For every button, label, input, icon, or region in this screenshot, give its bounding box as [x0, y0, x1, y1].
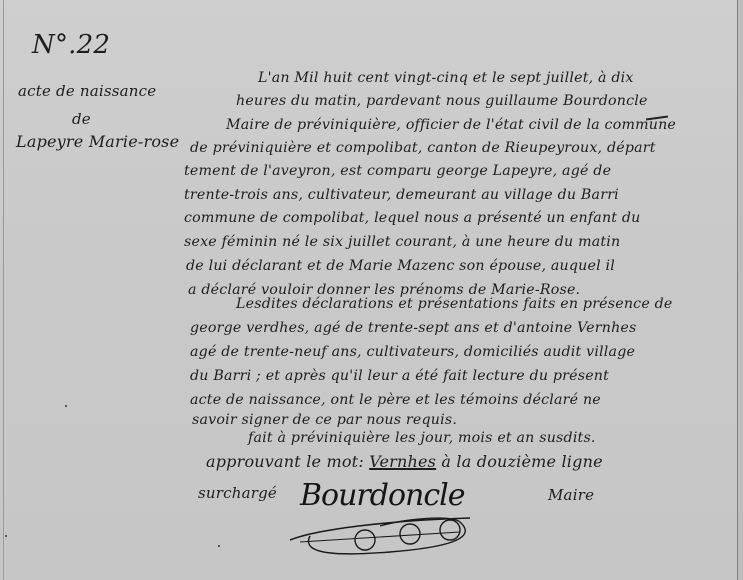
- approval-prefix: approuvant le mot:: [206, 452, 364, 471]
- ink-spot: [65, 405, 67, 407]
- body-line-17: fait à préviniquière les jour, mois et a…: [248, 430, 596, 446]
- body-line-11: Lesdites déclarations et présentations f…: [236, 296, 673, 312]
- body-line-7: commune de compolibat, lequel nous a pré…: [184, 210, 641, 226]
- body-line-1: L'an Mil huit cent vingt-cinq et le sept…: [258, 70, 634, 86]
- approval-suffix: à la douzième ligne: [441, 452, 602, 471]
- body-line-13: agé de trente-neuf ans, cultivateurs, do…: [190, 344, 635, 360]
- entry-number: N°.22: [32, 30, 110, 60]
- body-line-5: tement de l'aveyron, est comparu george …: [184, 163, 611, 179]
- page-edge-left: [3, 0, 4, 580]
- body-line-8: sexe féminin né le six juillet courant, …: [184, 234, 620, 250]
- page-margin-right: [738, 0, 743, 580]
- body-line-3: Maire de préviniquière, officier de l'ét…: [226, 117, 676, 133]
- signature-flourish-icon: [280, 500, 480, 560]
- body-line-9: de lui déclarant et de Marie Mazenc son …: [186, 258, 615, 274]
- approval-surcharge: surchargé: [198, 484, 277, 502]
- margin-note-child-name: Lapeyre Marie-rose: [16, 132, 179, 151]
- body-line-12: george verdhes, agé de trente-sept ans e…: [190, 320, 636, 336]
- scanned-register-page: N°.22 acte de naissance de Lapeyre Marie…: [0, 0, 743, 580]
- body-line-16: savoir signer de ce par nous requis.: [192, 412, 457, 428]
- approval-note: approuvant le mot: Vernhes à la douzième…: [206, 452, 603, 471]
- body-line-15: acte de naissance, ont le père et les té…: [190, 392, 601, 408]
- body-line-14: du Barri ; et après qu'il leur a été fai…: [190, 368, 609, 384]
- mayor-title: Maire: [548, 486, 594, 504]
- margin-note-de: de: [72, 110, 91, 128]
- margin-note-title: acte de naissance: [18, 82, 156, 100]
- body-line-2: heures du matin, pardevant nous guillaum…: [236, 93, 648, 109]
- body-line-4: de préviniquière et compolibat, canton d…: [190, 140, 656, 156]
- ink-spot: [5, 535, 7, 537]
- approval-word: Vernhes: [369, 452, 436, 471]
- ink-spot: [218, 545, 220, 547]
- body-line-6: trente-trois ans, cultivateur, demeurant…: [184, 187, 619, 203]
